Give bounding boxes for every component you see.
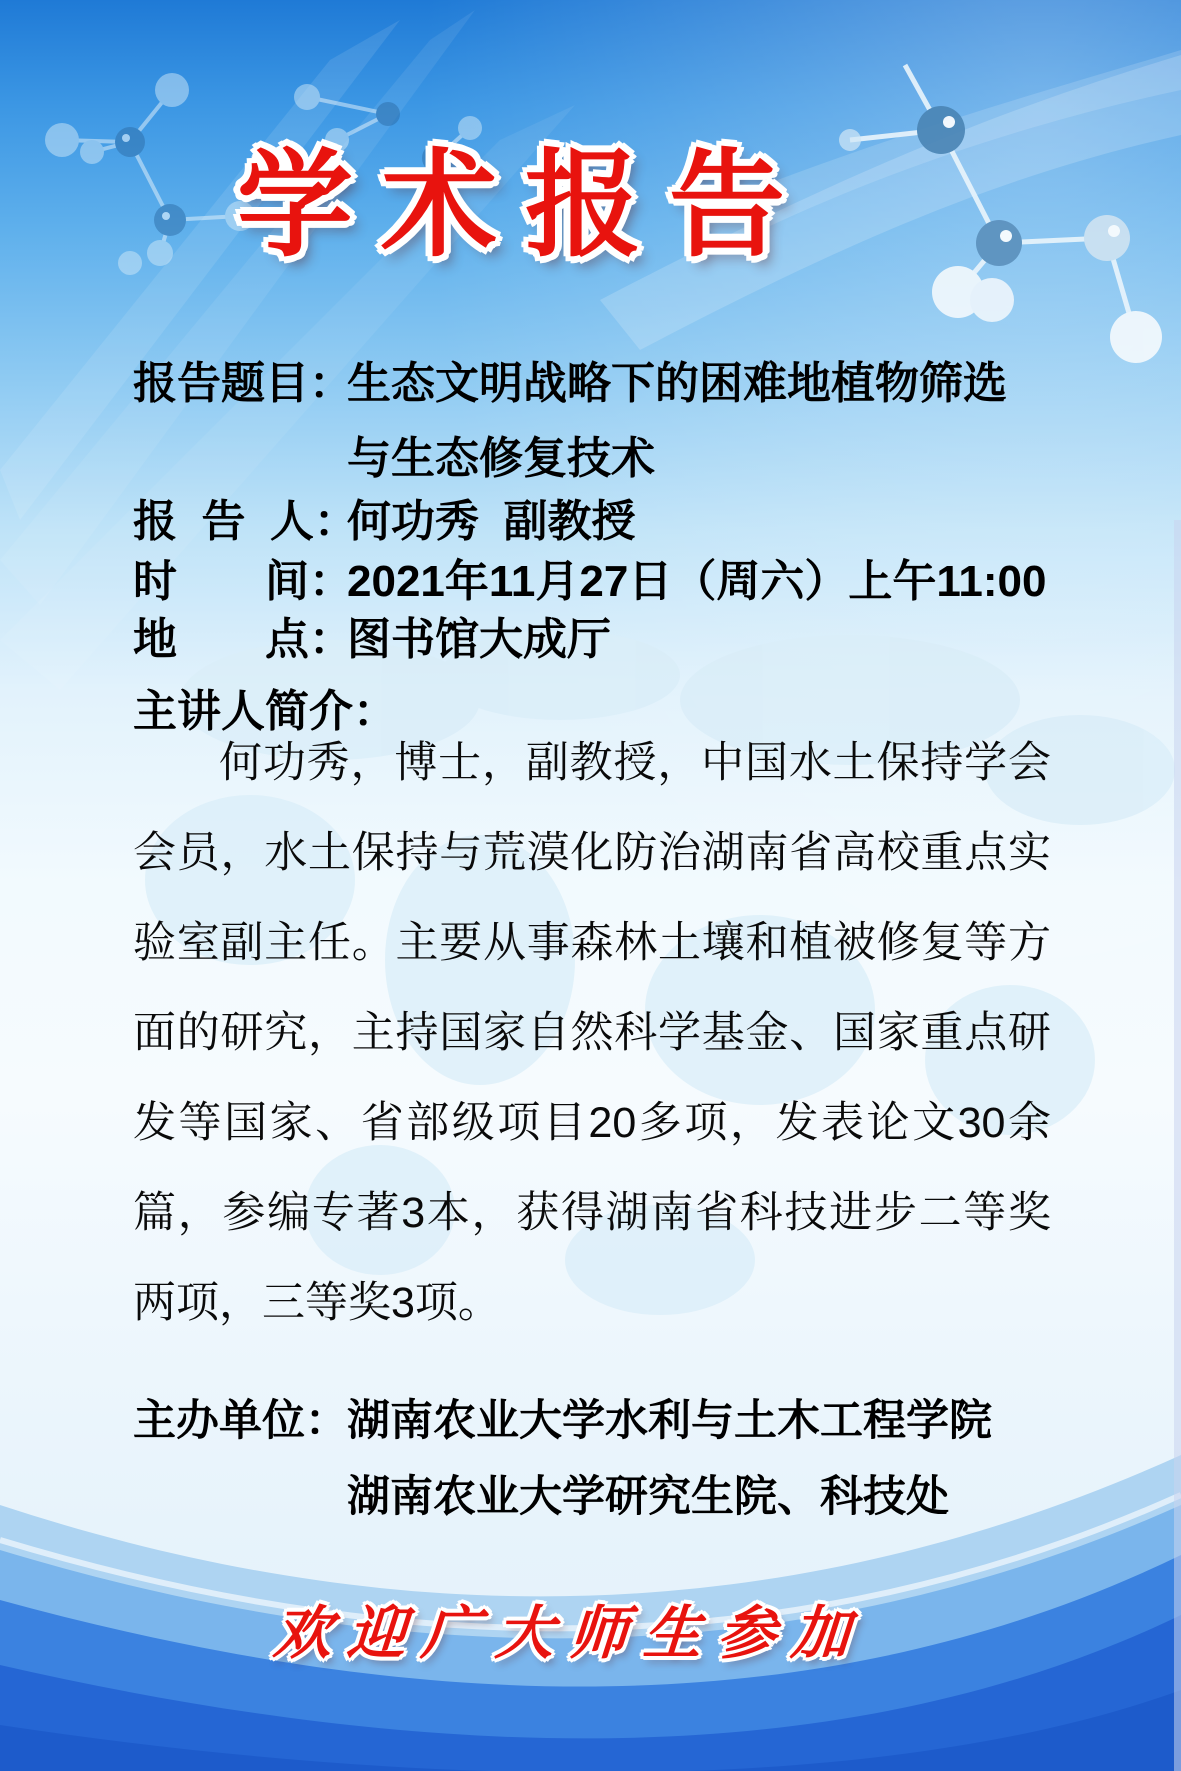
info-row-venue: 地 点： 图书馆大成厅 [133,614,611,667]
speaker-value: 何功秀 副教授 [347,496,635,549]
info-row-speaker: 报 告 人： 何功秀 副教授 [133,496,635,549]
info-row-topic-line2: 与生态修复技术 [133,433,655,486]
organizer-line2: 湖南农业大学研究生院、科技处 [347,1472,949,1524]
speaker-label: 报 告 人： [133,496,347,549]
speaker-bio: 何功秀，博士，副教授，中国水土保持学会 会员，水土保持与荒漠化防治湖南省高校重点… [133,718,1051,1348]
bio-line: 发等国家、省部级项目20多项，发表论文30余 [133,1078,1051,1168]
venue-value: 图书馆大成厅 [347,614,611,667]
bio-line: 篇，参编专著3本，获得湖南省科技进步二等奖 [133,1168,1051,1258]
organizer-row-1: 主办单位： 湖南农业大学水利与土木工程学院 [133,1396,992,1448]
info-row-topic: 报告题目： 生态文明战略下的困难地植物筛选 [133,358,1007,411]
bio-line: 验室副主任。主要从事森林土壤和植被修复等方 [133,898,1051,988]
topic-value: 生态文明战略下的困难地植物筛选 [347,358,1007,411]
right-edge-strip [1174,520,1181,1771]
bio-line: 何功秀，博士，副教授，中国水土保持学会 [133,718,1051,808]
organizer-spacer [133,1472,347,1524]
lecture-poster: 学术报告 报告题目： 生态文明战略下的困难地植物筛选 与生态修复技术 报 告 人… [0,0,1181,1771]
time-label: 时 间： [133,556,347,609]
organizer-row-2: 湖南农业大学研究生院、科技处 [133,1472,949,1524]
welcome-message: 欢迎广大师生参加 [0,1586,1143,1670]
organizer-label: 主办单位： [133,1396,347,1448]
organizer-line1: 湖南农业大学水利与土木工程学院 [347,1396,992,1448]
venue-label: 地 点： [133,614,347,667]
topic-line2-value: 与生态修复技术 [347,433,655,486]
topic-label: 报告题目： [133,358,347,411]
bio-line: 面的研究，主持国家自然科学基金、国家重点研 [133,988,1051,1078]
time-value: 2021年11月27日（周六）上午11:00 [347,556,1046,609]
info-row-time: 时 间： 2021年11月27日（周六）上午11:00 [133,556,1046,609]
poster-title: 学术报告 [0,112,1050,279]
bio-line: 两项，三等奖3项。 [133,1258,1051,1348]
bio-line: 会员，水土保持与荒漠化防治湖南省高校重点实 [133,808,1051,898]
topic-line2-spacer [133,433,347,486]
